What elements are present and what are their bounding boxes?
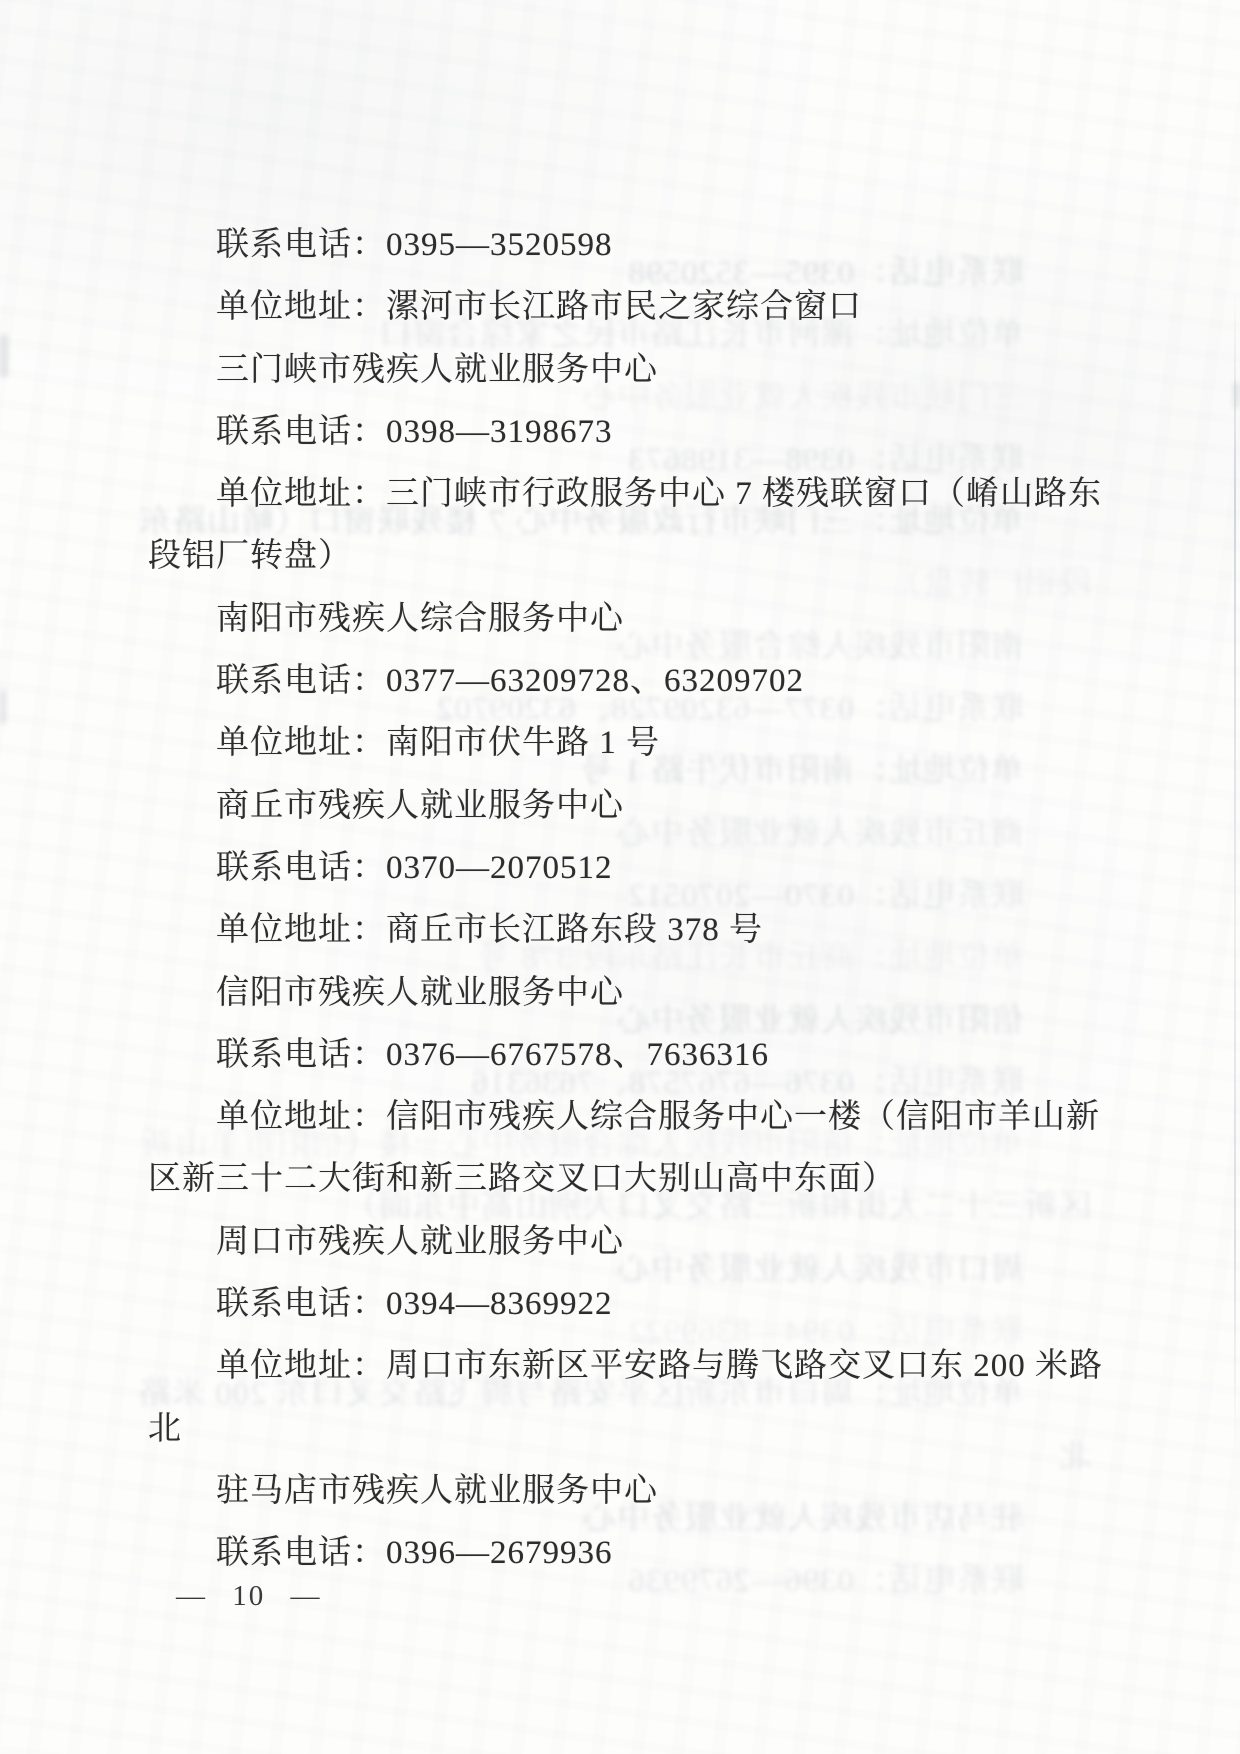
document-line: 商丘市残疾人就业服务中心 [148,775,1200,837]
document-line: 联系电话：0395—3520598 [148,214,1200,276]
document-line: 单位地址：信阳市残疾人综合服务中心一楼（信阳市羊山新 [148,1086,1200,1148]
scan-smudge [0,690,6,724]
document-line: 联系电话：0396—2679936 [148,1522,1200,1584]
document-line: 单位地址：周口市东新区平安路与腾飞路交叉口东 200 米路 [148,1335,1200,1397]
document-line: 驻马店市残疾人就业服务中心 [148,1460,1200,1522]
document-line: 南阳市残疾人综合服务中心 [148,588,1200,650]
document-line: 单位地址：三门峡市行政服务中心 7 楼残联窗口（崤山路东 [148,463,1200,525]
document-line: 单位地址：漯河市长江路市民之家综合窗口 [148,276,1200,338]
document-line: 三门峡市残疾人就业服务中心 [148,339,1200,401]
scanned-document-page: 联系电话：0395—3520598单位地址：漯河市长江路市民之家综合窗口三门峡市… [0,0,1240,1754]
document-line: 段铝厂转盘） [148,525,1200,587]
scan-smudge [1233,382,1240,408]
page-number: — 10 — [176,1580,322,1613]
document-line: 单位地址：南阳市伏牛路 1 号 [148,712,1200,774]
document-line: 周口市残疾人就业服务中心 [148,1211,1200,1273]
document-line: 联系电话：0394—8369922 [148,1273,1200,1335]
document-body: 联系电话：0395—3520598单位地址：漯河市长江路市民之家综合窗口三门峡市… [148,214,1200,1585]
document-line: 区新三十二大街和新三路交叉口大别山高中东面） [148,1148,1200,1210]
document-line: 信阳市残疾人就业服务中心 [148,962,1200,1024]
document-line: 联系电话：0398—3198673 [148,401,1200,463]
scan-smudge [0,335,8,377]
document-line: 联系电话：0377—63209728、63209702 [148,650,1200,712]
document-line: 北 [148,1398,1200,1460]
document-line: 联系电话：0370—2070512 [148,837,1200,899]
scan-edge-line [1234,290,1236,1450]
document-line: 联系电话：0376—6767578、7636316 [148,1024,1200,1086]
document-line: 单位地址：商丘市长江路东段 378 号 [148,899,1200,961]
